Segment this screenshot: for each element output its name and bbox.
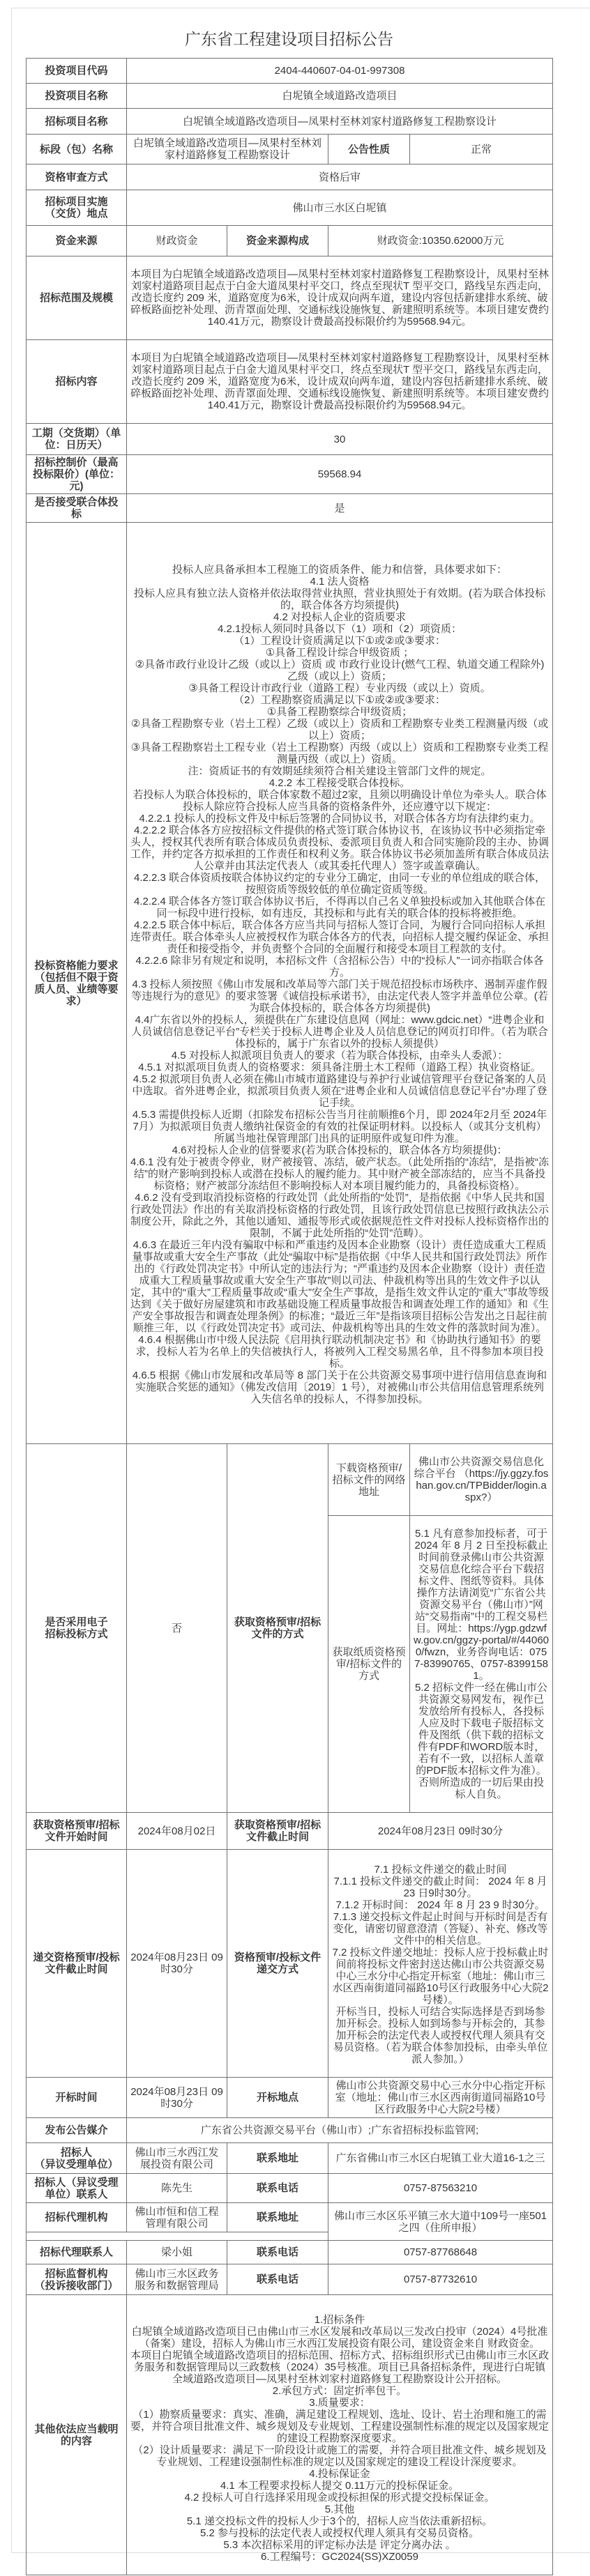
row-tenderer-contact: 招标人（异议受理单位）联系人 陈先生 联系电话 0757-87563210: [27, 2174, 553, 2203]
section-name-label: 标段（包）名称: [27, 135, 127, 164]
implementation-location-value: 佛山市三水区白坭镇: [127, 190, 553, 226]
agency-value: 佛山市恒和信工程管理有限公司: [127, 2203, 227, 2232]
agency-label: 招标代理机构: [27, 2203, 127, 2232]
section-name-value: 白坭镇全域道路改造项目—凤果村至林刘家村道路修复工程勘察设计: [127, 135, 328, 164]
consortium-accepted-label: 是否接受联合体投标: [27, 494, 127, 523]
submission-method-label: 资格预审/投标文件递交方式: [227, 1850, 328, 2078]
opening-location-value: 佛山市公共资源交易中心三水分中心指定开标室（地址：佛山市三水区西南街道同福路10…: [328, 2078, 553, 2118]
row-control-price: 招标控制价（最高投标限价）(单位：元) 59568.94: [27, 455, 553, 494]
tenderer-address-value: 广东省佛山市三水区白坭镇工业大道16-1之三: [328, 2143, 553, 2174]
submission-method-value: 7.1 投标文件递交的截止时间 7.1.1 投标文件递交的截止时间： 2024 …: [328, 1850, 553, 2078]
agency-contact-value: 梁小姐: [127, 2241, 227, 2264]
control-price-label: 招标控制价（最高投标限价）(单位：元): [27, 455, 127, 494]
tender-content-text: 本项目为白坭镇全域道路改造项目—凤果村至林刘家村道路修复工程勘察设计，凤果村至林…: [130, 352, 549, 411]
row-supervisor: 招标监督机构 （投诉接收部门） 佛山市三水区政务服务和数据管理局 联系电话 07…: [27, 2264, 553, 2295]
row-fund-source: 资金来源 财政资金 资金来源构成 财政资金:10350.62000万元: [27, 226, 553, 256]
row-project-code: 投资项目代码 2404-440607-04-01-997308: [27, 59, 553, 84]
download-address-text: 佛山市公共资源交易信息化综合平台 （https://jy.ggzy.foshan…: [414, 1456, 549, 1503]
consortium-accepted-value: 是: [127, 494, 553, 523]
paper-method-text: 5.1 凡有意参加投标者，可于 2024 年 8 月 2 日至投标截止时间前登录…: [414, 1528, 549, 1800]
row-publication-media: 发布公告媒介 广东省公共资源交易平台（佛山市）;广东省招标投标监管网;: [27, 2118, 553, 2143]
download-address-label: 下载资格预审/招标文件的网络地址: [328, 1444, 410, 1516]
acquisition-end-label: 获取资格预审/招标文件截止时间: [227, 1813, 328, 1850]
publication-media-label: 发布公告媒介: [27, 2118, 127, 2143]
supervisor-phone-label: 联系电话: [227, 2264, 328, 2295]
investment-project-name-label: 投资项目名称: [27, 84, 127, 109]
tenderer-label: 招标人 （异议受理单位）: [27, 2143, 127, 2174]
scope-and-scale-value: 本项目为白坭镇全域道路改造项目—凤果村至林刘家村道路修复工程勘察设计，凤果村至林…: [127, 256, 553, 340]
control-price-value: 59568.94: [127, 455, 553, 494]
agency-phone-label: 联系电话: [227, 2241, 328, 2264]
duration-value: 30: [127, 424, 553, 455]
fund-source-label: 资金来源: [27, 226, 127, 256]
tender-project-name-label: 招标项目名称: [27, 109, 127, 135]
qualification-review-method-value: 资格后审: [127, 164, 553, 190]
document-acquisition-label: 获取资格预审/招标文件的方式: [227, 1444, 328, 1813]
submission-method-text: 7.1 投标文件递交的截止时间 7.1.1 投标文件递交的截止时间： 2024 …: [332, 1864, 549, 2065]
qualification-requirements-text: 投标人应具备承担本工程施工的资质条件、能力和信誉，具体要求如下： 4.1 法人资…: [130, 564, 549, 1405]
row-other-info: 其他依法应当载明的内容 1.招标条件 白坭镇全域道路改造项目已由佛山市三水区发展…: [27, 2295, 553, 2575]
row-investment-project-name: 投资项目名称 白坭镇全域道路改造项目: [27, 84, 553, 109]
other-info-text: 1.招标条件 白坭镇全域道路改造项目已由佛山市三水区发展和改革局以三发改白投审（…: [130, 2314, 549, 2563]
tenderer-value: 佛山市三水西江发展投资有限公司: [127, 2143, 227, 2174]
acquisition-end-value: 2024年08月23日 09时30分: [328, 1813, 553, 1850]
scope-and-scale-label: 招标范围及规模: [27, 256, 127, 340]
notice-table: 投资项目代码 2404-440607-04-01-997308 投资项目名称 白…: [26, 58, 553, 2575]
empty-cell: [27, 2232, 328, 2241]
row-tenderer: 招标人 （异议受理单位） 佛山市三水西江发展投资有限公司 联系地址 广东省佛山市…: [27, 2143, 553, 2174]
duration-label: 工期（交货期）（单位：日历天）: [27, 424, 127, 455]
tenderer-contact-label: 招标人（异议受理单位）联系人: [27, 2174, 127, 2203]
tenderer-phone-label: 联系电话: [227, 2174, 328, 2203]
notice-nature-label: 公告性质: [328, 135, 410, 164]
qualification-requirements-value: 投标人应具备承担本工程施工的资质条件、能力和信誉，具体要求如下： 4.1 法人资…: [127, 523, 553, 1444]
agency-contact-label: 招标代理联系人: [27, 2241, 127, 2264]
fund-composition-value: 财政资金:10350.62000万元: [328, 226, 553, 256]
fund-source-value: 财政资金: [127, 226, 227, 256]
download-address-value: 佛山市公共资源交易信息化综合平台 （https://jy.ggzy.foshan…: [410, 1444, 553, 1516]
submission-deadline-label: 递交资格预审/投标文件截止时间: [27, 1850, 127, 2078]
supervisor-label: 招标监督机构 （投诉接收部门）: [27, 2264, 127, 2295]
row-duration: 工期（交货期）（单位：日历天） 30: [27, 424, 553, 455]
tenderer-address-label: 联系地址: [227, 2143, 328, 2174]
opening-time-label: 开标时间: [27, 2078, 127, 2118]
other-info-label: 其他依法应当载明的内容: [27, 2295, 127, 2575]
paper-method-value: 5.1 凡有意参加投标者，可于 2024 年 8 月 2 日至投标截止时间前登录…: [410, 1516, 553, 1813]
paper-method-label: 获取纸质资格预审/招标文件的方式: [328, 1516, 410, 1813]
electronic-bidding-label: 是否采用电子 招标投标方式: [27, 1444, 127, 1813]
row-submission: 递交资格预审/投标文件截止时间 2024年08月23日 09时30分 资格预审/…: [27, 1850, 553, 2078]
acquisition-start-label: 获取资格预审/招标文件开始时间: [27, 1813, 127, 1850]
tender-project-name-value: 白坭镇全域道路改造项目—凤果村至林刘家村道路修复工程勘察设计: [127, 109, 553, 135]
project-code-label: 投资项目代码: [27, 59, 127, 84]
investment-project-name-value: 白坭镇全域道路改造项目: [127, 84, 553, 109]
row-tender-content: 招标内容 本项目为白坭镇全域道路改造项目—凤果村至林刘家村道路修复工程勘察设计，…: [27, 340, 553, 424]
supervisor-phone-value: 0757-87732610: [328, 2264, 553, 2295]
acquisition-start-value: 2024年08月02日: [127, 1813, 227, 1850]
scope-and-scale-text: 本项目为白坭镇全域道路改造项目—凤果村至林刘家村道路修复工程勘察设计，凤果村至林…: [130, 268, 549, 328]
qualification-requirements-label: 投标资格能力要求（包括但不限于资质人员、业绩等要求）: [27, 523, 127, 1444]
row-tender-project-name: 招标项目名称 白坭镇全域道路改造项目—凤果村至林刘家村道路修复工程勘察设计: [27, 109, 553, 135]
project-code-value: 2404-440607-04-01-997308: [127, 59, 553, 84]
row-consortium-accepted: 是否接受联合体投标 是: [27, 494, 553, 523]
electronic-bidding-value: 否: [127, 1444, 227, 1813]
agency-address-value: 佛山市三水区乐平镇三水大道中109号一座501之四（住所申报）: [328, 2203, 553, 2241]
opening-location-label: 开标地点: [227, 2078, 328, 2118]
implementation-location-label: 招标项目实施 （交货）地点: [27, 190, 127, 226]
row-qualification-review-method: 资格审查方式 资格后审: [27, 164, 553, 190]
row-section-name: 标段（包）名称 白坭镇全域道路改造项目—凤果村至林刘家村道路修复工程勘察设计 公…: [27, 135, 553, 164]
row-agency-contact: 招标代理联系人 梁小姐 联系电话 0757-87768648: [27, 2241, 553, 2264]
agency-phone-value: 0757-87768648: [328, 2241, 553, 2264]
row-agency: 招标代理机构 佛山市恒和信工程管理有限公司 联系地址 佛山市三水区乐平镇三水大道…: [27, 2203, 553, 2232]
row-scope-and-scale: 招标范围及规模 本项目为白坭镇全域道路改造项目—凤果村至林刘家村道路修复工程勘察…: [27, 256, 553, 340]
tender-content-value: 本项目为白坭镇全域道路改造项目—凤果村至林刘家村道路修复工程勘察设计，凤果村至林…: [127, 340, 553, 424]
opening-time-value: 2024年08月23日 09时30分: [127, 2078, 227, 2118]
tender-content-label: 招标内容: [27, 340, 127, 424]
tenderer-phone-value: 0757-87563210: [328, 2174, 553, 2203]
row-opening: 开标时间 2024年08月23日 09时30分 开标地点 佛山市公共资源交易中心…: [27, 2078, 553, 2118]
supervisor-value: 佛山市三水区政务服务和数据管理局: [127, 2264, 227, 2295]
notice-nature-value: 正常: [410, 135, 553, 164]
qualification-review-method-label: 资格审查方式: [27, 164, 127, 190]
agency-address-label: 联系地址: [227, 2203, 328, 2232]
publication-media-value: 广东省公共资源交易平台（佛山市）;广东省招标投标监管网;: [127, 2118, 553, 2143]
submission-deadline-value: 2024年08月23日 09时30分: [127, 1850, 227, 2078]
row-electronic-bidding: 是否采用电子 招标投标方式 否 获取资格预审/招标文件的方式 下载资格预审/招标…: [27, 1444, 553, 1516]
row-implementation-location: 招标项目实施 （交货）地点 佛山市三水区白坭镇: [27, 190, 553, 226]
tenderer-contact-value: 陈先生: [127, 2174, 227, 2203]
row-qualification-requirements: 投标资格能力要求（包括但不限于资质人员、业绩等要求） 投标人应具备承担本工程施工…: [27, 523, 553, 1444]
other-info-value: 1.招标条件 白坭镇全域道路改造项目已由佛山市三水区发展和改革局以三发改白投审（…: [127, 2295, 553, 2575]
page-title: 广东省工程建设项目招标公告: [26, 29, 552, 49]
fund-composition-label: 资金来源构成: [227, 226, 328, 256]
row-acquisition-time: 获取资格预审/招标文件开始时间 2024年08月02日 获取资格预审/招标文件截…: [27, 1813, 553, 1850]
